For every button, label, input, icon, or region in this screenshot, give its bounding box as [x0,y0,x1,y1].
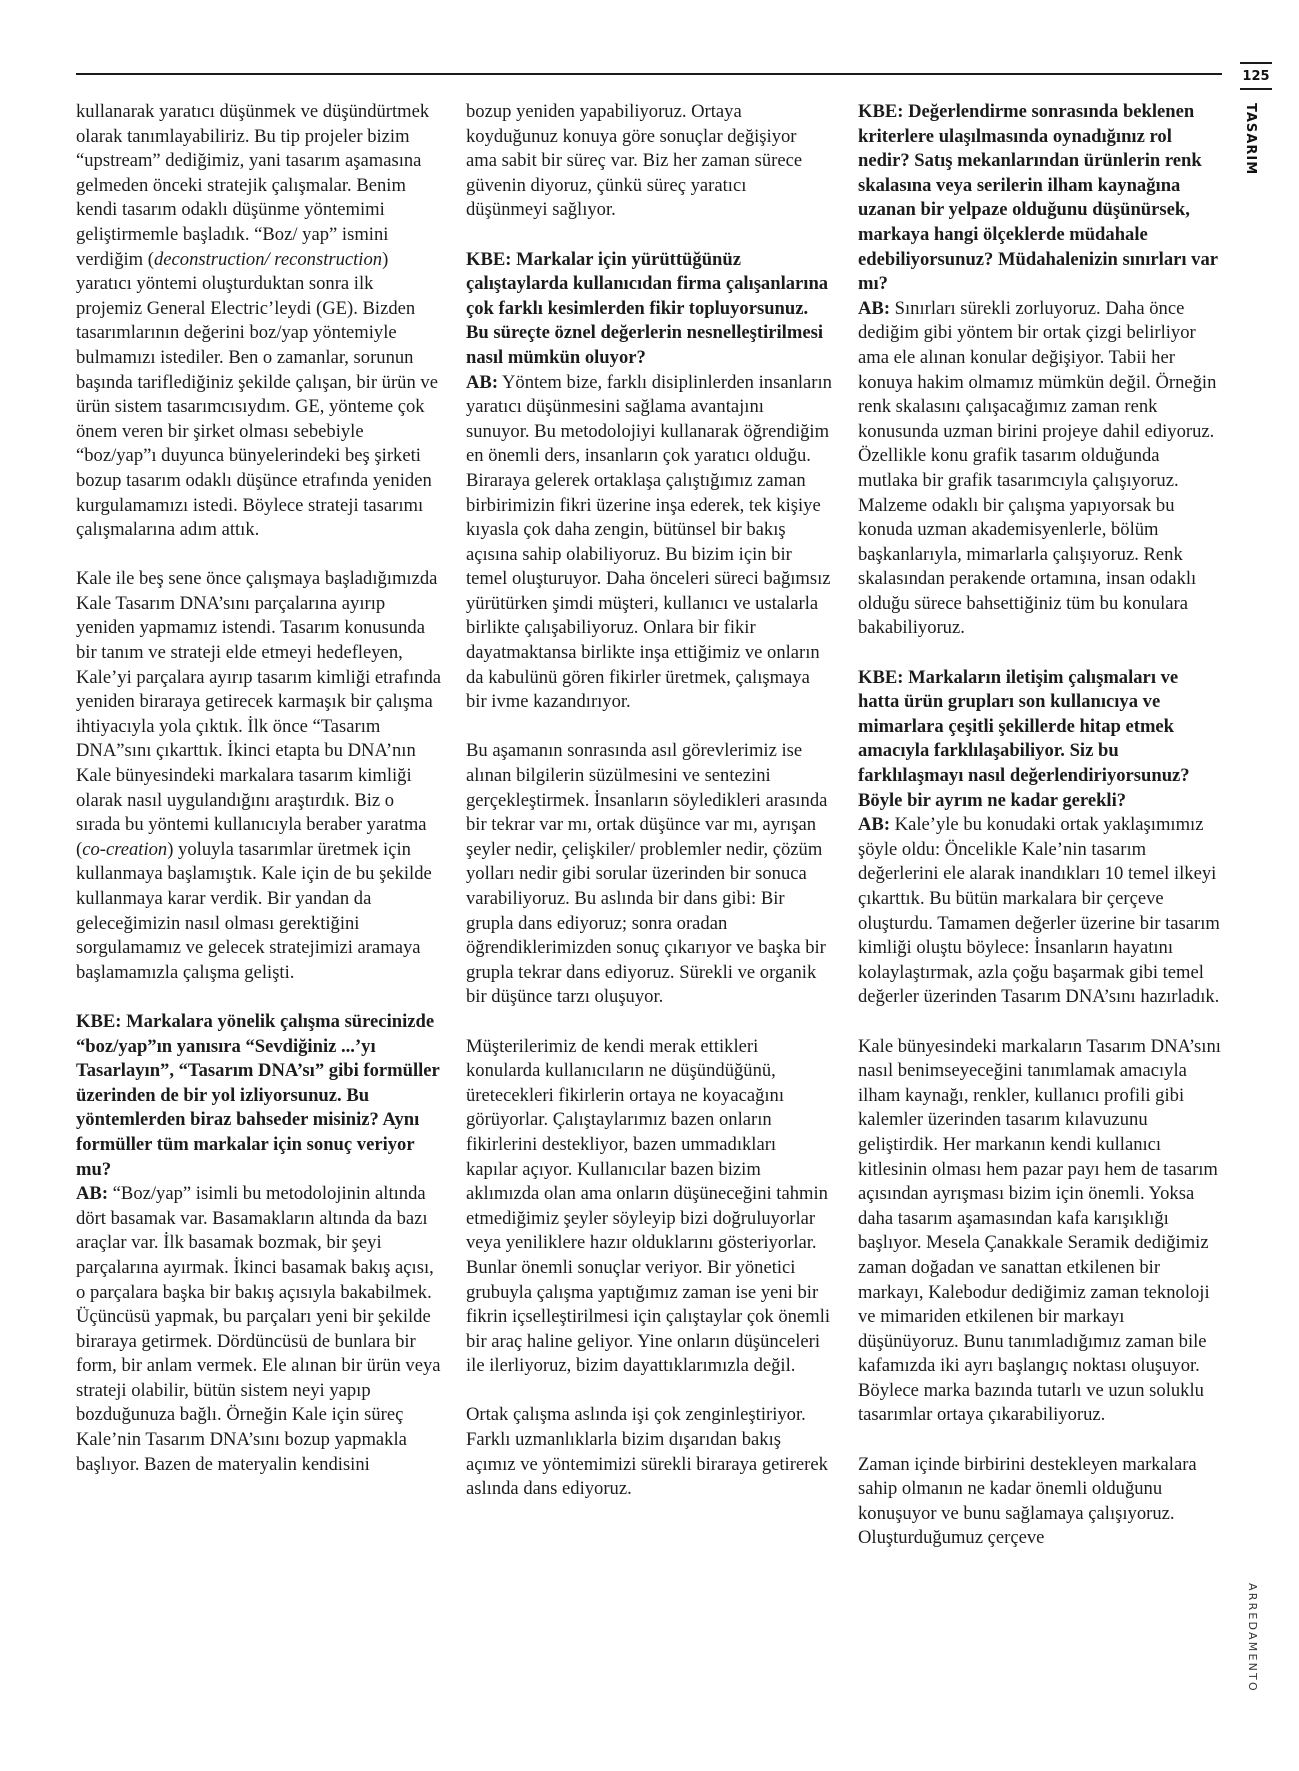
speaker-label: AB: [858,814,890,835]
italic-term: co-creation [82,839,167,860]
interview-answer: Yöntem bize, farklı disiplinlerden insan… [466,372,832,713]
interview-answer: Sınırları sürekli zorluyoruz. Daha önce … [858,298,1216,639]
interview-question: KBE: Markalar için yürüttüğünüz çalıştay… [466,248,832,371]
speaker-label: AB: [76,1183,108,1204]
italic-term: deconstruction/ reconstruction [154,249,382,270]
paragraph: Bu aşamanın sonrasında asıl görevlerimiz… [466,739,832,1010]
paragraph: Müşterilerimiz de kendi merak ettikleri … [466,1035,832,1379]
paragraph: Zaman içinde birbirini destekleyen marka… [858,1453,1224,1551]
interview-qa: KBE: Markaların iletişim çalışmaları ve … [858,666,1224,1010]
text-column-2: bozup yeniden yapabiliyoruz. Ortaya koyd… [466,100,832,1526]
interview-answer: “Boz/yap” isimli bu metodolojinin altınd… [76,1183,441,1475]
interview-answer: Kale’yle bu konudaki ortak yaklaşımımız … [858,814,1220,1007]
text-run: kullanarak yaratıcı düşünmek ve düşündür… [76,101,429,270]
paragraph: Kale bünyesindeki markaların Tasarım DNA… [858,1035,1224,1429]
interview-qa: KBE: Markalara yönelik çalışma süreciniz… [76,1010,442,1477]
folio-rule-bottom [1240,88,1272,90]
text-run: ) yaratıcı yöntemi oluşturduktan sonra i… [76,249,438,541]
paragraph: kullanarak yaratıcı düşünmek ve düşündür… [76,100,442,543]
text-column-1: kullanarak yaratıcı düşünmek ve düşündür… [76,100,442,1502]
header-rule [76,73,1222,75]
page-number: 125 [1240,64,1272,88]
text-column-3: KBE: Değerlendirme sonrasında beklenen k… [858,100,1224,1576]
interview-question: KBE: Markaların iletişim çalışmaları ve … [858,666,1224,814]
text-run: bozup yeniden yapabiliyoruz. Ortaya koyd… [466,101,802,220]
interview-question: KBE: Markalara yönelik çalışma süreciniz… [76,1010,442,1182]
speaker-label: AB: [858,298,890,319]
interview-qa: KBE: Markalar için yürüttüğünüz çalıştay… [466,248,832,715]
text-run: Müşterilerimiz de kendi merak ettikleri … [466,1036,830,1377]
text-run: Zaman içinde birbirini destekleyen marka… [858,1454,1197,1549]
text-run: Ortak çalışma aslında işi çok zenginleşt… [466,1404,828,1499]
speaker-label: AB: [466,372,498,393]
text-run: Kale bünyesindeki markaların Tasarım DNA… [858,1036,1221,1426]
paragraph: bozup yeniden yapabiliyoruz. Ortaya koyd… [466,100,832,223]
interview-question: KBE: Değerlendirme sonrasında beklenen k… [858,100,1224,297]
section-label: TASARIM [1243,103,1258,175]
text-run: ) yoluyla tasarımlar üretmek için kullan… [76,839,432,983]
text-run: Bu aşamanın sonrasında asıl görevlerimiz… [466,740,827,1007]
interview-qa: KBE: Değerlendirme sonrasında beklenen k… [858,100,1224,641]
paragraph: Ortak çalışma aslında işi çok zenginleşt… [466,1403,832,1501]
paragraph: Kale ile beş sene önce çalışmaya başladı… [76,567,442,985]
folio: 125 [1240,62,1276,90]
text-run: Kale ile beş sene önce çalışmaya başladı… [76,568,441,860]
magazine-name: ARREDAMENTO [1246,1583,1259,1693]
